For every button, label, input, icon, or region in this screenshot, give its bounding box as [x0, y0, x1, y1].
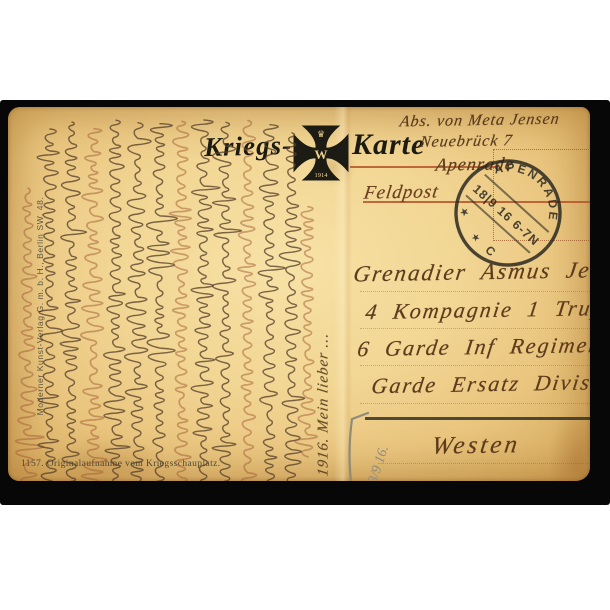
handwriting-line	[125, 123, 151, 481]
cross-crown-icon: ♛	[317, 129, 325, 139]
address-rule-line	[360, 403, 590, 404]
sender-street-line: Neuebrück 7	[419, 132, 514, 152]
printed-title-kriegs: Kriegs-	[204, 130, 293, 163]
postcard-scan-backing: Kriegs- Karte ♛ W 1914 Moderner Kunst-Ve…	[0, 100, 610, 505]
handwriting-line	[60, 122, 86, 481]
address-line: 4 Kompagnie 1 Trupp	[364, 295, 590, 325]
address-rule-line	[360, 291, 590, 292]
destination-line: Westen	[430, 431, 522, 461]
cross-year: 1914	[315, 172, 329, 179]
photo-caption: 1157. Originalaufnahme vom Kriegsschaupl…	[21, 459, 221, 469]
pencil-note: 13/9 16.	[338, 407, 418, 481]
postmark-letter: C	[482, 243, 498, 259]
postmark-stamp: APENRADE 18|9 16 6-7N ★ ★ C	[446, 151, 570, 275]
feldpost-note: Feldpost	[362, 181, 440, 204]
postmark-star-icon: ★	[456, 205, 471, 221]
address-line: 6 Garde Inf Regiment	[356, 332, 590, 362]
publisher-imprint: Moderner Kunst-Verlag G. m. b. H., Berli…	[35, 156, 49, 456]
postcard-back: Kriegs- Karte ♛ W 1914 Moderner Kunst-Ve…	[8, 107, 590, 481]
cross-monogram: W	[315, 147, 328, 162]
printed-title-karte: Karte	[352, 128, 425, 162]
handwriting-line	[104, 120, 130, 481]
handwriting-line	[191, 120, 220, 481]
handwriting-line	[238, 121, 257, 482]
handwriting-line	[147, 124, 178, 481]
address-line: Garde Ersatz Division	[370, 369, 590, 399]
postmark-star-icon: ★	[468, 231, 482, 245]
handwriting-line	[81, 129, 107, 481]
pencil-date: 13/9 16.	[364, 444, 392, 481]
sender-name-line: Abs. von Meta Jensen	[399, 111, 561, 132]
message-opening-line: 18/9 1916. Mein lieber …	[316, 210, 333, 481]
iron-cross-icon: ♛ W 1914	[289, 117, 353, 193]
handwriting-line	[258, 125, 285, 481]
handwriting-line	[169, 121, 191, 481]
handwriting-line	[295, 207, 317, 457]
scanned-postcard-page: { "postcard": { "header": { "left_word":…	[0, 0, 610, 610]
address-rule-line	[360, 328, 590, 329]
address-rule-line	[360, 365, 590, 366]
handwriting-line	[212, 122, 241, 481]
